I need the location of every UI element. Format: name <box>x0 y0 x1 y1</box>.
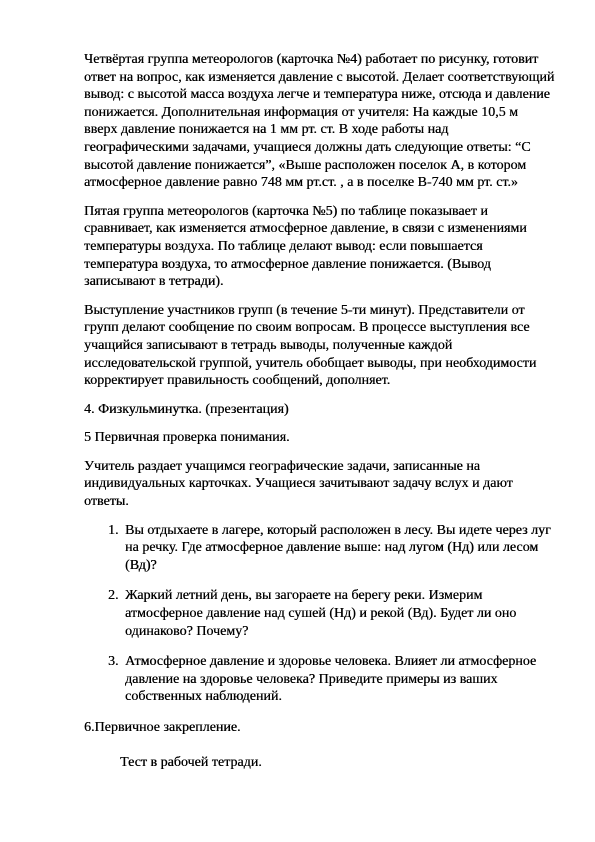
heading-section4-physical-minute: 4. Физкульминутка. (презентация) <box>84 401 566 419</box>
paragraph-group5-meteorologists: Пятая группа метеорологов (карточка №5) … <box>84 203 566 291</box>
paragraph-group4-meteorologists: Четвёртая группа метеорологов (карточка … <box>84 51 566 192</box>
geography-task-list: Вы отдыхаете в лагере, который расположе… <box>84 522 577 706</box>
task-item-2: Жаркий летний день, вы загораете на бере… <box>122 587 577 640</box>
task-item-3: Атмосферное давление и здоровье человека… <box>122 653 577 706</box>
document-page: Четвёртая группа метеорологов (карточка … <box>0 0 595 842</box>
paragraph-workbook-test: Тест в рабочей тетради. <box>84 754 577 772</box>
heading-section6-consolidation: 6.Первичное закрепление. <box>84 719 566 737</box>
paragraph-teacher-hands-out-tasks: Учитель раздает учащимся географические … <box>84 458 566 511</box>
paragraph-group-presentations: Выступление участников групп (в течение … <box>84 302 566 390</box>
task-item-1: Вы отдыхаете в лагере, который расположе… <box>122 522 577 575</box>
heading-section5-primary-check: 5 Первичная проверка понимания. <box>84 429 566 447</box>
